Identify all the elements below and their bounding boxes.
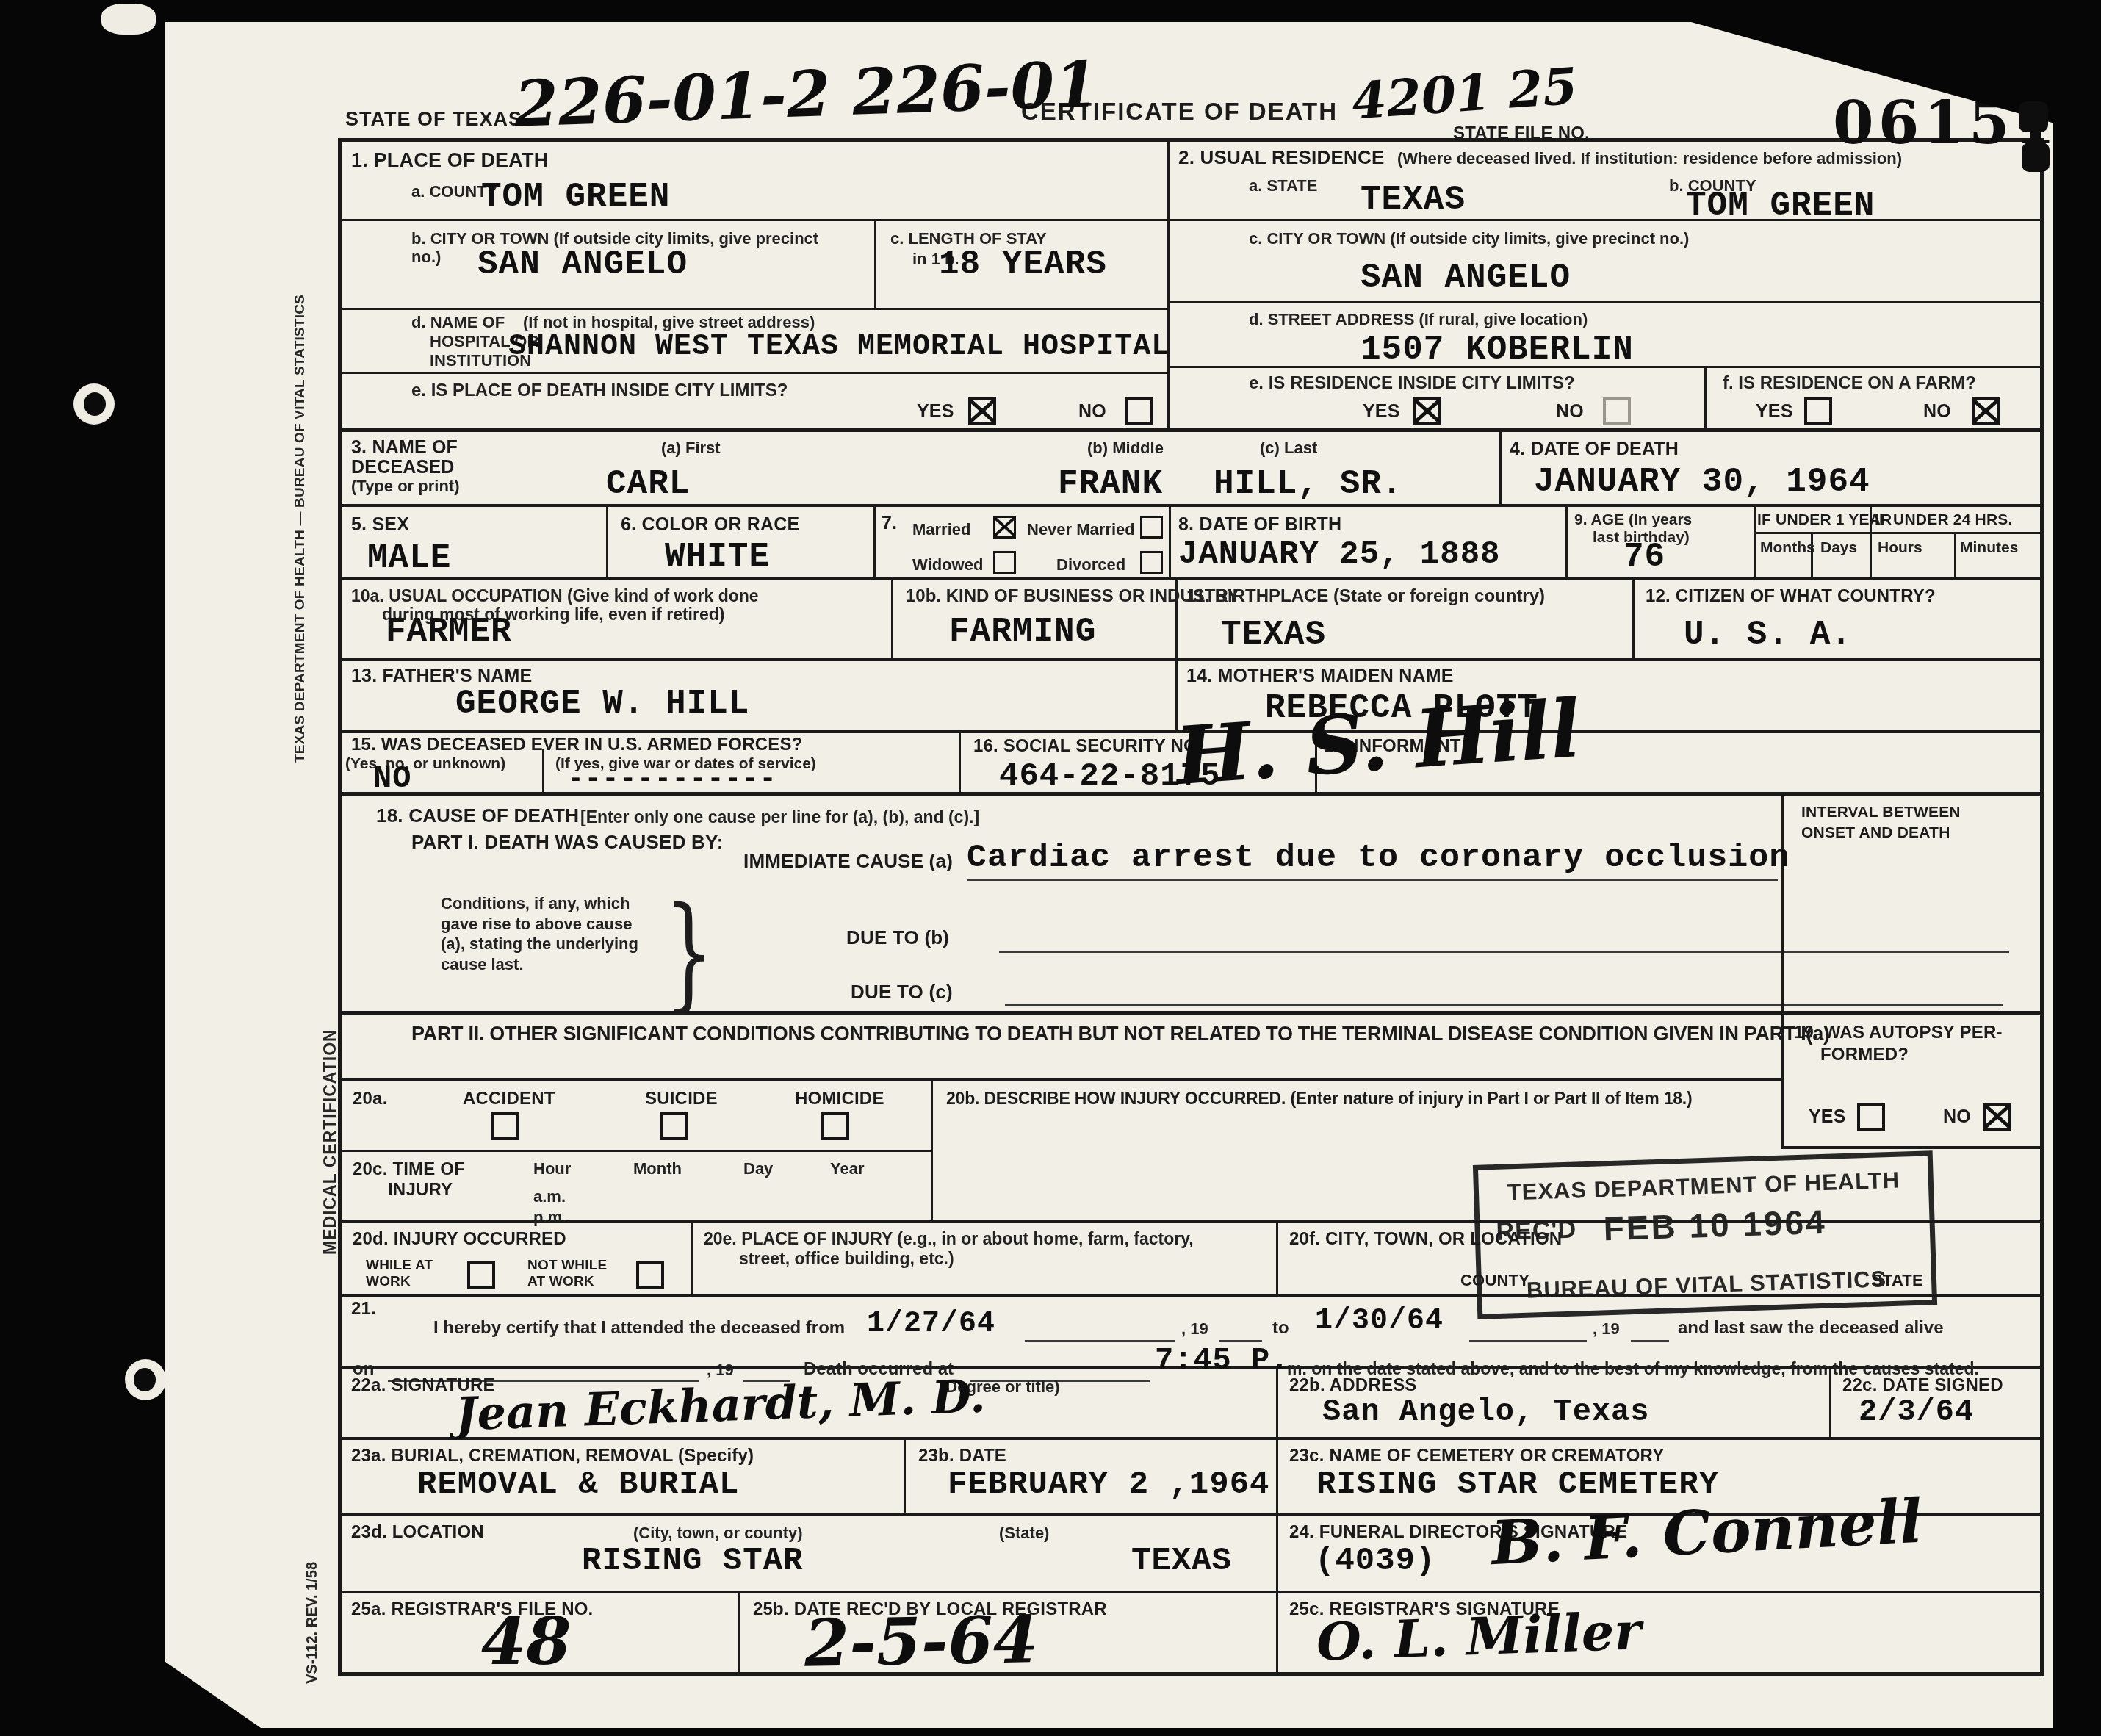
marital-divorced-checkbox: [1140, 551, 1163, 574]
pod-yes-checkbox: [968, 397, 996, 425]
pod-no-label: NO: [1078, 401, 1106, 422]
injury-20e-label2: street, office building, etc.): [739, 1249, 954, 1268]
margin-medical-certification-text: MEDICAL CERTIFICATION: [320, 1012, 340, 1255]
residence-title-note: (Where deceased lived. If institution: r…: [1397, 149, 1902, 168]
res-street-label: d. STREET ADDRESS (If rural, give locati…: [1249, 310, 1588, 328]
grid-line: [1276, 1591, 1278, 1674]
minutes-label: Minutes: [1960, 539, 2018, 557]
res-limits-no-checkbox: [1603, 397, 1631, 425]
grid-line: [738, 1591, 740, 1674]
res-state-value: TEXAS: [1361, 181, 1466, 219]
grid-line: [1167, 138, 1170, 431]
ssn-label: 16. SOCIAL SECURITY NO.: [973, 736, 1203, 757]
sex-label: 5. SEX: [351, 514, 409, 536]
res-farm-yes-label: YES: [1756, 401, 1793, 422]
injury-20b-label: 20b. DESCRIBE HOW INJURY OCCURRED. (Ente…: [946, 1089, 1692, 1108]
stamp-line3: BUREAU OF VITAL STATISTICS: [1482, 1264, 1932, 1305]
autopsy-no-label: NO: [1943, 1106, 1971, 1128]
hours-label: Hours: [1878, 539, 1922, 557]
cemetery-value: RISING STAR CEMETERY: [1316, 1466, 1719, 1503]
burial-date-value: FEBRUARY 2 ,1964: [948, 1466, 1269, 1503]
margin-department-text: TEXAS DEPARTMENT OF HEALTH — BUREAU OF V…: [292, 359, 309, 763]
autopsy-yes-label: YES: [1809, 1106, 1846, 1128]
certify-line1b: and last saw the deceased alive: [1678, 1318, 1944, 1339]
autopsy-label1: 19. WAS AUTOPSY PER-: [1794, 1023, 2003, 1043]
marital-widowed-label: Widowed: [912, 555, 983, 574]
marital-widowed-checkbox: [993, 551, 1016, 574]
registrar-file-value: 48: [481, 1603, 571, 1679]
grid-line: [873, 504, 876, 580]
registrar-signature: O. L. Miller: [1316, 1600, 1643, 1672]
date-signed-label: 22c. DATE SIGNED: [1842, 1375, 2003, 1396]
immediate-cause-value: Cardiac arrest due to coronary occlusion: [967, 839, 1790, 876]
name-label3: (Type or print): [351, 477, 459, 495]
birth-date-value: JANUARY 25, 1888: [1178, 536, 1500, 573]
grid-line: [1276, 1437, 1278, 1516]
location-state-value: TEXAS: [1131, 1543, 1232, 1580]
grid-line: [904, 1437, 906, 1516]
autopsy-yes-checkbox: [1857, 1103, 1885, 1131]
grid-line: [338, 1591, 2042, 1593]
injury-20d-label: 20d. INJURY OCCURRED: [353, 1229, 566, 1250]
death-time-value: 7:45 P.: [1155, 1343, 1289, 1378]
injury-20a-label: 20a.: [353, 1089, 388, 1109]
not-while-label2: AT WORK: [527, 1274, 594, 1290]
res-farm-no-label: NO: [1923, 401, 1951, 422]
location-label: 23d. LOCATION: [351, 1522, 484, 1543]
grid-line: [1781, 1146, 2042, 1149]
burial-date-label: 23b. DATE: [918, 1446, 1006, 1466]
homicide-label: HOMICIDE: [795, 1089, 884, 1109]
age-label1: 9. AGE (In years: [1574, 511, 1692, 529]
certify-year2: , 19: [1593, 1319, 1620, 1338]
grid-line: [606, 504, 608, 580]
pod-limits-label: e. IS PLACE OF DEATH INSIDE CITY LIMITS?: [411, 381, 788, 401]
age-value: 76: [1624, 538, 1665, 576]
marital-never-checkbox: [1140, 516, 1163, 539]
state-of-texas-label: STATE OF TEXAS: [345, 108, 522, 131]
scanned-death-certificate: TEXAS DEPARTMENT OF HEALTH — BUREAU OF V…: [0, 0, 2101, 1736]
film-blotch: [101, 4, 156, 35]
grid-line: [1754, 532, 2042, 534]
while-at-work-checkbox: [467, 1261, 495, 1289]
res-county-value: TOM GREEN: [1686, 187, 1875, 225]
burial-value: REMOVAL & BURIAL: [417, 1466, 739, 1503]
grid-line: [1632, 577, 1635, 660]
hour-label: Hour: [533, 1159, 571, 1178]
grid-line: [338, 1011, 2042, 1015]
brace-glyph: }: [665, 880, 713, 1024]
certify-to-word: to: [1272, 1318, 1289, 1339]
address-value: San Angelo, Texas: [1322, 1394, 1649, 1430]
pod-hospital-label1: d. NAME OF: [411, 313, 505, 331]
pod-hospital-value: SHANNON WEST TEXAS MEMORIAL HOSPITAL: [508, 331, 1170, 364]
armed-forces-note1: (Yes, no, or unknown): [345, 755, 505, 773]
suicide-checkbox: [660, 1112, 688, 1140]
grid-line: [1168, 219, 2042, 221]
grid-line: [1469, 1340, 1587, 1342]
grid-line: [931, 1078, 933, 1222]
res-limits-yes-checkbox: [1413, 397, 1441, 425]
citizen-value: U. S. A.: [1684, 616, 1852, 654]
marital-married-label: Married: [912, 520, 970, 539]
birthplace-label: 11. BIRTHPLACE (State or foreign country…: [1186, 586, 1545, 607]
date-signed-value: 2/3/64: [1859, 1394, 1974, 1430]
not-while-label1: NOT WHILE: [527, 1258, 607, 1274]
name-middle-label: (b) Middle: [1087, 439, 1164, 457]
race-label: 6. COLOR OR RACE: [621, 514, 800, 536]
burial-label: 23a. BURIAL, CREMATION, REMOVAL (Specify…: [351, 1446, 754, 1466]
armed-forces-value: NO: [373, 761, 411, 796]
grid-line: [959, 730, 961, 794]
marital-label: 7.: [882, 513, 897, 534]
hole-punch: [73, 383, 115, 425]
interval-label1: INTERVAL BETWEEN: [1801, 804, 1961, 821]
marital-married-checkbox: [993, 516, 1016, 539]
grid-line: [1168, 301, 2042, 303]
grid-line: [542, 749, 544, 794]
injury-20c-label1: 20c. TIME OF: [353, 1159, 465, 1180]
armed-forces-value2: ------------: [567, 764, 777, 796]
cause-title: 18. CAUSE OF DEATH: [376, 805, 579, 827]
grid-line: [338, 219, 1168, 221]
place-of-death-title: 1. PLACE OF DEATH: [351, 149, 548, 172]
sex-value: MALE: [367, 539, 451, 577]
months-label: Months: [1760, 539, 1815, 557]
name-middle-value: FRANK: [1058, 465, 1163, 503]
due-to-b-label: DUE TO (b): [846, 927, 949, 949]
month-label: Month: [633, 1159, 682, 1178]
pod-yes-label: YES: [917, 401, 954, 422]
res-limits-label: e. IS RESIDENCE INSIDE CITY LIMITS?: [1249, 373, 1575, 394]
grid-line: [338, 428, 2042, 432]
name-first-label: (a) First: [661, 439, 721, 457]
grid-line: [691, 1220, 693, 1296]
residence-title: 2. USUAL RESIDENCE: [1178, 147, 1385, 169]
year-label: Year: [830, 1159, 865, 1178]
cause-conditions-note: Conditions, if any, which gave rise to a…: [441, 893, 641, 974]
attended-to-date: 1/30/64: [1315, 1305, 1444, 1338]
grid-line: [2040, 138, 2044, 1676]
occupation-label1: 10a. USUAL OCCUPATION (Give kind of work…: [351, 586, 759, 605]
citizen-label: 12. CITIZEN OF WHAT COUNTRY?: [1646, 586, 1936, 607]
address-label: 22b. ADDRESS: [1289, 1375, 1417, 1396]
under-24-hrs-label: IF UNDER 24 HRS.: [1875, 511, 2013, 529]
birth-date-label: 8. DATE OF BIRTH: [1178, 514, 1341, 536]
autopsy-label2: FORMED?: [1820, 1045, 1909, 1065]
state-file-no-label: STATE FILE NO.: [1453, 123, 1590, 144]
cemetery-label: 23c. NAME OF CEMETERY OR CREMATORY: [1289, 1446, 1664, 1466]
birthplace-value: TEXAS: [1221, 616, 1326, 654]
grid-line: [1631, 1340, 1669, 1342]
location-city-note: (City, town, or county): [633, 1524, 803, 1542]
grid-line: [1754, 504, 1756, 580]
location-city-value: RISING STAR: [582, 1543, 803, 1580]
grid-line: [999, 951, 2009, 953]
location-state-note: (State): [999, 1524, 1049, 1542]
grid-line: [338, 1150, 931, 1152]
certify-line1a: I hereby certify that I attended the dec…: [433, 1318, 845, 1339]
grid-line: [891, 577, 893, 660]
stamp-recd: REC'D: [1496, 1215, 1577, 1246]
cause-part2-label: PART II. OTHER SIGNIFICANT CONDITIONS CO…: [411, 1023, 1830, 1045]
grid-line: [1219, 1340, 1262, 1342]
registrar-date-value: 2-5-64: [804, 1601, 1039, 1682]
attended-from-date: 1/27/64: [867, 1308, 995, 1341]
grid-line: [1169, 504, 1171, 580]
grid-line: [1954, 532, 1956, 580]
name-last-value: HILL, SR.: [1214, 465, 1402, 503]
accident-label: ACCIDENT: [463, 1089, 555, 1109]
grid-line: [338, 138, 342, 1676]
armed-forces-label: 15. WAS DECEASED EVER IN U.S. ARMED FORC…: [351, 735, 802, 755]
name-last-label: (c) Last: [1260, 439, 1317, 457]
edge-artifact: [2019, 101, 2051, 175]
grid-line: [338, 372, 1168, 374]
grid-line: [1499, 428, 1502, 506]
pod-stay-value: 18 YEARS: [939, 245, 1107, 284]
res-state-label: a. STATE: [1249, 176, 1317, 195]
accident-checkbox: [491, 1112, 519, 1140]
hole-punch-center: [134, 1368, 156, 1391]
marital-never-label: Never Married: [1027, 520, 1135, 539]
while-at-work-label2: WORK: [366, 1274, 411, 1290]
res-farm-label: f. IS RESIDENCE ON A FARM?: [1723, 373, 1976, 394]
received-stamp: TEXAS DEPARTMENT OF HEALTH REC'D FEB 10 …: [1473, 1150, 1937, 1319]
father-label: 13. FATHER'S NAME: [351, 666, 532, 687]
marital-divorced-label: Divorced: [1056, 555, 1125, 574]
days-label: Days: [1820, 539, 1857, 557]
interval-label2: ONSET AND DEATH: [1801, 824, 1950, 842]
grid-line: [967, 879, 1778, 881]
autopsy-no-checkbox: [1983, 1103, 2011, 1131]
grid-line: [338, 658, 2042, 661]
injury-20c-label2: INJURY: [388, 1180, 453, 1200]
pod-city-value: SAN ANGELO: [478, 245, 688, 284]
grid-line: [1005, 1004, 2003, 1006]
grid-line: [338, 1672, 2042, 1676]
res-street-value: 1507 KOBERLIN: [1361, 331, 1634, 369]
name-first-value: CARL: [606, 465, 690, 503]
immediate-cause-label: IMMEDIATE CAUSE (a): [743, 851, 953, 873]
name-label2: DECEASED: [351, 457, 455, 478]
grid-line: [1704, 366, 1707, 431]
am-label: a.m.: [533, 1187, 566, 1206]
pod-no-checkbox: [1125, 397, 1153, 425]
pm-label: p.m.: [533, 1208, 566, 1226]
certify-year1: , 19: [1181, 1319, 1208, 1338]
grid-line: [1025, 1340, 1175, 1342]
race-value: WHITE: [665, 538, 770, 576]
pod-hospital-note: (If not in hospital, give street address…: [523, 313, 815, 331]
hole-punch-center: [84, 392, 106, 416]
stamp-line1: TEXAS DEPARTMENT OF HEALTH: [1479, 1166, 1929, 1206]
grid-line: [1276, 1220, 1278, 1296]
homicide-checkbox: [821, 1112, 849, 1140]
grid-line: [338, 504, 2042, 507]
injury-20e-label1: 20e. PLACE OF INJURY (e.g., in or about …: [704, 1229, 1194, 1248]
res-limits-no-label: NO: [1556, 401, 1584, 422]
cause-title-note: [Enter only one cause per line for (a), …: [580, 807, 979, 826]
margin-form-number: VS-112. REV. 1/58: [304, 1537, 321, 1684]
while-at-work-label1: WHILE AT: [366, 1258, 433, 1274]
grid-line: [874, 219, 876, 310]
day-label: Day: [743, 1159, 773, 1178]
stamp-date: FEB 10 1964: [1603, 1202, 1828, 1249]
certify-year3: , 19: [707, 1361, 734, 1379]
funeral-director-number: (4039): [1315, 1543, 1435, 1580]
cause-part1-label: PART I. DEATH WAS CAUSED BY:: [411, 832, 724, 854]
hole-punch: [125, 1359, 166, 1400]
occupation-value: FARMER: [386, 613, 512, 651]
res-farm-no-checkbox: [1972, 397, 2000, 425]
res-limits-yes-label: YES: [1363, 401, 1400, 422]
certify-item-label: 21.: [351, 1299, 376, 1319]
grid-line: [1781, 792, 1784, 1013]
suicide-label: SUICIDE: [645, 1089, 718, 1109]
res-city-value: SAN ANGELO: [1361, 259, 1571, 297]
due-to-c-label: DUE TO (c): [851, 982, 953, 1004]
death-date-label: 4. DATE OF DEATH: [1510, 439, 1679, 460]
res-city-label: c. CITY OR TOWN (If outside city limits,…: [1249, 229, 1689, 248]
grid-line: [1565, 504, 1568, 580]
under-1-year-label: IF UNDER 1 YEAR: [1757, 511, 1892, 529]
grid-line: [338, 1437, 2042, 1440]
mother-label: 14. MOTHER'S MAIDEN NAME: [1186, 666, 1454, 687]
not-while-checkbox: [636, 1261, 664, 1289]
grid-line: [338, 577, 2042, 580]
res-farm-yes-checkbox: [1804, 397, 1832, 425]
grid-line: [338, 1078, 1781, 1081]
father-value: GEORGE W. HILL: [455, 685, 749, 723]
name-label1: 3. NAME OF: [351, 437, 458, 458]
pod-county-value: TOM GREEN: [481, 178, 670, 216]
grid-line: [1276, 1513, 1278, 1593]
death-date-value: JANUARY 30, 1964: [1534, 463, 1870, 501]
grid-line: [338, 308, 1168, 310]
industry-value: FARMING: [949, 613, 1096, 651]
